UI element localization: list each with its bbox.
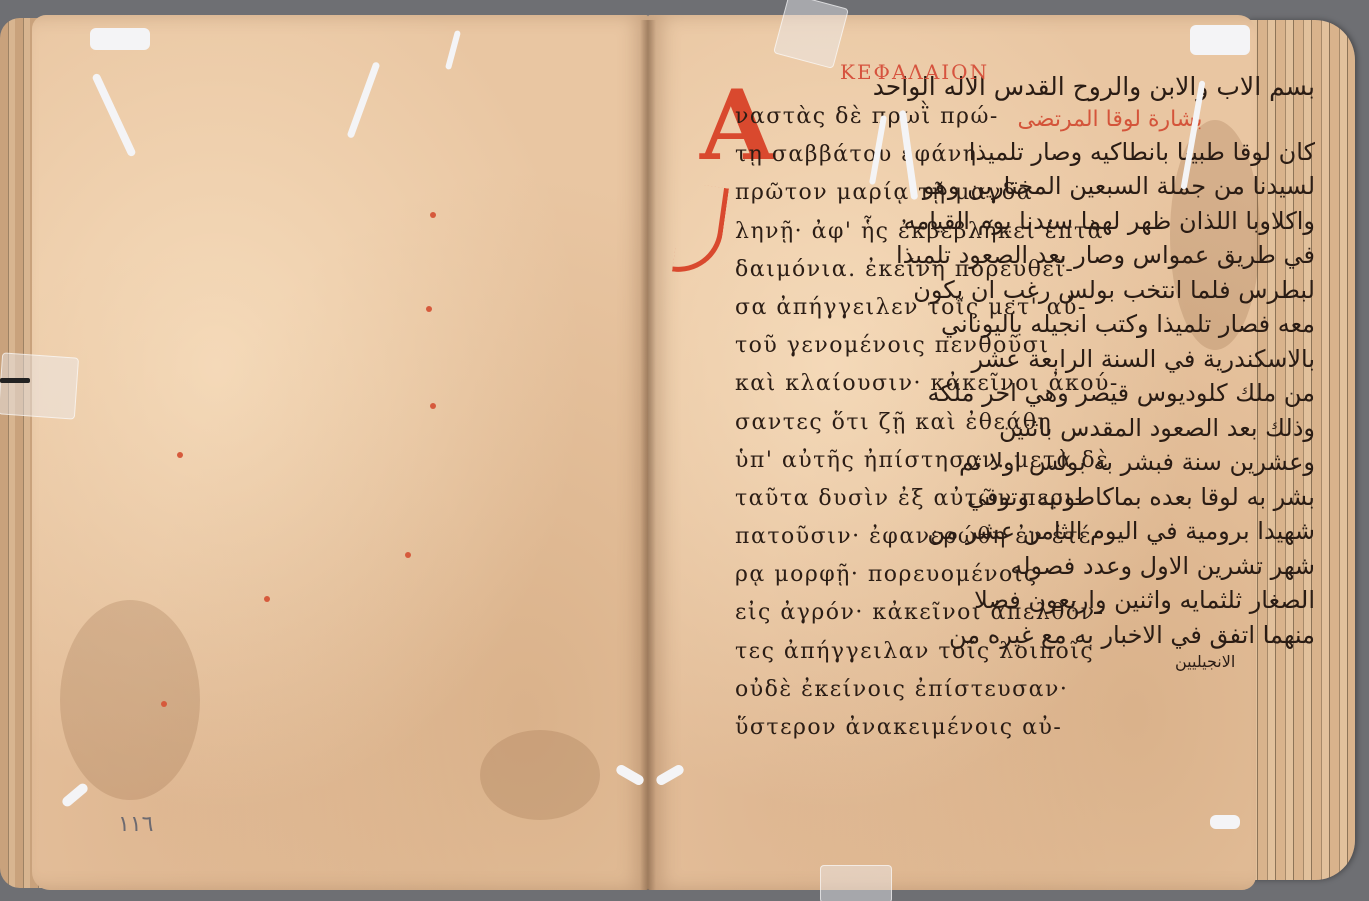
page-damage xyxy=(1210,815,1240,829)
clip-pin xyxy=(0,378,30,383)
greek-line: πρῶτον μαρίᾳ τῇ μαγδα- xyxy=(735,174,1175,212)
greek-line: τῃ σαββάτου ἐφάνη xyxy=(735,136,1175,174)
page-damage xyxy=(90,28,150,50)
rubric-dot xyxy=(426,306,432,312)
greek-line: τοῦ γενομένοις πενθοῦσι xyxy=(735,327,1175,365)
rubric-dot xyxy=(405,552,411,558)
greek-line: ὑπ' αὐτῆς ἠπίστησαν. μετὰ δὲ xyxy=(735,442,1175,480)
greek-line: ταῦτα δυσὶν ἐξ αὐτῶν περι- xyxy=(735,480,1175,518)
plastic-page-clip xyxy=(0,352,79,419)
plastic-page-clip xyxy=(820,865,892,901)
greek-line: οὐδὲ ἐκείνοις ἐπίστευσαν· xyxy=(735,671,1175,709)
greek-line: ναστὰς δὲ πρωῒ πρώ- xyxy=(735,98,1175,136)
water-stain xyxy=(60,600,200,800)
greek-line: ληνῇ· ἀφ' ἧς ἐκβεβλήκει ἑπτὰ xyxy=(735,213,1175,251)
greek-line: ρᾳ μορφῇ· πορευομένοις xyxy=(735,556,1175,594)
catchword: الانجيليين xyxy=(1175,652,1315,671)
greek-line: καὶ κλαίουσιν· κἀκεῖνοι ἀκού- xyxy=(735,365,1175,403)
greek-line: σα ἀπήγγειλεν τοῖς μετ' αὐ- xyxy=(735,289,1175,327)
rubric-dot xyxy=(264,596,270,602)
greek-line: δαιμόνια. ἐκείνη πορευθεῖ- xyxy=(735,251,1175,289)
page-damage xyxy=(1190,25,1250,55)
rubric-dot xyxy=(430,212,436,218)
rubric-dot xyxy=(161,701,167,707)
greek-line: πατοῦσιν· ἐφανερώθη ἐν ἑτέ- xyxy=(735,518,1175,556)
book-gutter xyxy=(640,20,656,890)
manuscript-photograph: بسم الاب والابن والروح القدس الاله الواح… xyxy=(0,0,1369,901)
greek-line: ὕστερον ἀνακειμένοις αὐ- xyxy=(735,709,1175,747)
greek-rubric-heading: ΚΕΦΑΛΑΙΟΝ xyxy=(840,60,989,84)
greek-line: σαντες ὅτι ζῇ καὶ ἐθεάθη xyxy=(735,404,1175,442)
greek-line: τες ἀπήγγειλαν τοῖς λοιποῖς xyxy=(735,633,1175,671)
greek-text-block: ναστὰς δὲ πρωῒ πρώ- τῃ σαββάτου ἐφάνη πρ… xyxy=(735,98,1175,747)
water-stain xyxy=(480,730,600,820)
rubric-dot xyxy=(430,403,436,409)
folio-number: ١١٦ xyxy=(118,812,153,837)
greek-line: εἰς ἀγρόν· κἀκεῖνοι ἀπελθόν- xyxy=(735,594,1175,632)
rubric-dot xyxy=(177,452,183,458)
